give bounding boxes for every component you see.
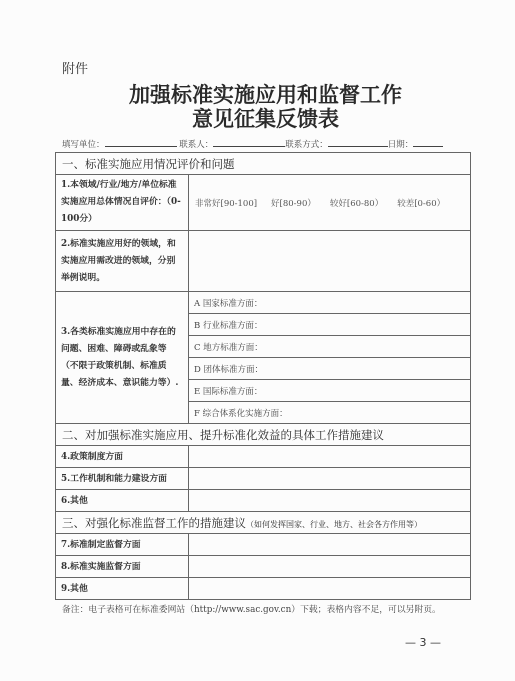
row3-sub-comprehensive[interactable]: F 综合体系化实施方面：: [189, 402, 471, 424]
section3-title: 三、对强化标准监督工作的措施建议: [62, 516, 246, 530]
date-label: 日期：: [388, 140, 414, 150]
rating-poor[interactable]: 较差[0-60）: [397, 199, 445, 209]
contact-method-label: 联系方式：: [285, 140, 328, 150]
row1-label: 1.本领域/行业/地方/单位标准实施应用总体情况自评价：（0-100分）: [56, 175, 189, 231]
remark-note: 备注：电子表格可在标准委网站（http://www.sac.gov.cn）下载；…: [62, 600, 472, 620]
row9-label: 9.其他: [56, 578, 189, 600]
form-title-line2: 意见征集反馈表: [8, 106, 515, 132]
row5-label: 5.工作机制和能力建设方面: [56, 468, 189, 490]
contact-method-field[interactable]: [328, 138, 388, 147]
row6-input[interactable]: [189, 490, 471, 512]
rating-good[interactable]: 好[80-90）: [271, 199, 316, 209]
row3-sub-international[interactable]: E 国际标准方面：: [189, 380, 471, 402]
row3-sub-national[interactable]: A 国家标准方面：: [189, 292, 471, 314]
row5-input[interactable]: [189, 468, 471, 490]
row4-input[interactable]: [189, 446, 471, 468]
row7-input[interactable]: [189, 534, 471, 556]
row4-label: 4.政策制度方面: [56, 446, 189, 468]
fill-in-fields: 填写单位： 联系人：联系方式：日期：: [62, 138, 472, 150]
section3-note: （如何发挥国家、行业、地方、社会各方作用等）: [246, 520, 422, 529]
row3-sub-group[interactable]: D 团体标准方面：: [189, 358, 471, 380]
row3-sub-industry[interactable]: B 行业标准方面：: [189, 314, 471, 336]
row8-input[interactable]: [189, 556, 471, 578]
feedback-table: 一、标准实施应用情况评价和问题 1.本领域/行业/地方/单位标准实施应用总体情况…: [55, 152, 471, 600]
section2-header: 二、对加强标准实施应用、提升标准化效益的具体工作措施建议: [56, 424, 471, 446]
contact-field[interactable]: [213, 138, 285, 147]
row3-label: 3.各类标准实施应用中存在的问题、困难、障碍或乱象等（不限于政策机制、标准质量、…: [56, 292, 189, 424]
row8-label: 8.标准实施监督方面: [56, 556, 189, 578]
rating-fair[interactable]: 较好[60-80）: [330, 199, 383, 209]
section1-header: 一、标准实施应用情况评价和问题: [56, 153, 471, 175]
form-title-line1: 加强标准实施应用和监督工作: [8, 82, 515, 108]
row2-label: 2.标准实施应用好的领域，和实施应用需改进的领域，分别举例说明。: [56, 231, 189, 292]
section3-header: 三、对强化标准监督工作的措施建议（如何发挥国家、行业、地方、社会各方作用等）: [56, 512, 471, 534]
unit-field[interactable]: [105, 138, 177, 147]
contact-label: 联系人：: [179, 140, 213, 150]
row1-ratings[interactable]: 非常好[90-100]好[80-90）较好[60-80）较差[0-60）: [189, 175, 471, 231]
row7-label: 7.标准制定监督方面: [56, 534, 189, 556]
rating-very-good[interactable]: 非常好[90-100]: [195, 199, 257, 209]
row3-sub-local[interactable]: C 地方标准方面：: [189, 336, 471, 358]
row6-label: 6.其他: [56, 490, 189, 512]
page-number: — 3 —: [405, 636, 441, 649]
date-field[interactable]: [413, 138, 443, 147]
row9-input[interactable]: [189, 578, 471, 600]
unit-label: 填写单位：: [62, 140, 105, 150]
attachment-label: 附件: [62, 58, 88, 77]
row2-input[interactable]: [189, 231, 471, 292]
